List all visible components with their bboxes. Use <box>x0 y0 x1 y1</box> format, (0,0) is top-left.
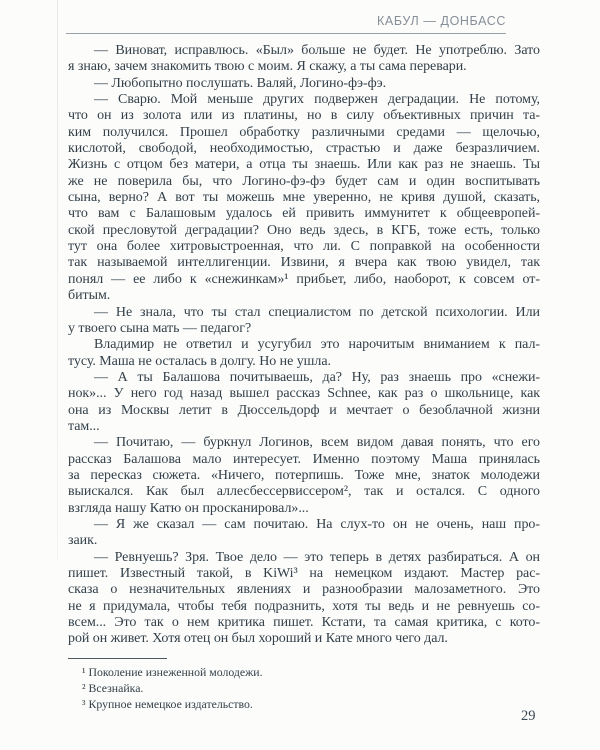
text-line: заик. <box>68 533 540 549</box>
text-line: она из Москвы летит в Дюссельдорф и мечт… <box>68 403 540 419</box>
text-line: у твоего сына мать — педагог? <box>68 321 540 337</box>
text-line: Жизнь с отцом без матери, а отца ты знае… <box>68 157 540 173</box>
book-page: КАБУЛ — ДОНБАСС — Виноват, исправлюсь. «… <box>0 0 600 750</box>
text-line: сказа о незначительных явлениях и разноо… <box>68 582 540 598</box>
text-line: — Я же сказал — сам почитаю. На слух-то … <box>68 517 540 533</box>
text-line: ской пресловутой деградации? Оно ведь зд… <box>68 223 540 239</box>
text-line: что он из золота или из платины, но в си… <box>68 108 540 124</box>
text-line: за пересказ сюжета. «Ничего, потерпишь. … <box>68 468 540 484</box>
footnote-divider <box>68 658 167 659</box>
text-line: взгляда нашу Катю он просканировал»... <box>68 501 540 517</box>
text-line: же не поверила бы, что Логино-фэ-фэ буде… <box>68 174 540 190</box>
text-line: — Почитаю, — буркнул Логинов, всем видом… <box>68 435 540 451</box>
text-line: рассказ Балашова мало интересует. Именно… <box>68 452 540 468</box>
text-line: понял — ее либо к «снежинкам»¹ прибьет, … <box>68 272 540 288</box>
body-text: — Виноват, исправлюсь. «Был» больше не б… <box>68 43 540 648</box>
text-line: так называемой интеллигенции. Извини, я … <box>68 255 540 271</box>
text-line: сына, верно? А вот ты можешь мне уверенн… <box>68 190 540 206</box>
text-line: — Не знала, что ты стал специалистом по … <box>68 305 540 321</box>
text-line: — Виноват, исправлюсь. «Был» больше не б… <box>68 43 540 59</box>
text-line: нок»... У него год назад вышел рассказ S… <box>68 386 540 402</box>
text-line: — Ревнуешь? Зря. Твое дело — это теперь … <box>68 550 540 566</box>
text-line: всем... Это так о нем критика пишет. Кст… <box>68 615 540 631</box>
running-header-title: КАБУЛ — ДОНБАСС <box>377 14 506 28</box>
footnote-item: ² Всезнайка. <box>68 680 540 696</box>
text-line: пишет. Известный такой, в KiWi³ на немец… <box>68 566 540 582</box>
footnote-item: ³ Крупное немецкое издательство. <box>68 696 540 712</box>
text-line: не я придумала, чтобы тебя подразнить, х… <box>68 599 540 615</box>
text-line: выискался. Как был аллесбессервиссером²,… <box>68 484 540 500</box>
text-line: я знаю, зачем знакомить твою с моим. Я с… <box>68 59 540 75</box>
text-line: рой он живет. Хотя отец он был хороший и… <box>68 631 540 647</box>
page-number: 29 <box>521 708 536 725</box>
running-header: КАБУЛ — ДОНБАСС <box>66 14 506 34</box>
footnotes: ¹ Поколение изнеженной молодежи.² Всезна… <box>68 664 540 712</box>
page-edge-shadow <box>57 0 58 560</box>
text-line: кислотой, свободой, необходимостью, стра… <box>68 141 540 157</box>
text-line: — А ты Балашова почитываешь, да? Ну, раз… <box>68 370 540 386</box>
text-line: битым. <box>68 288 540 304</box>
footnote-item: ¹ Поколение изнеженной молодежи. <box>68 664 540 680</box>
text-line: — Сварю. Мой меньше других подвержен дег… <box>68 92 540 108</box>
text-line: Владимир не ответил и усугубил это нароч… <box>68 337 540 353</box>
text-line: ким получился. Прошел обработку различны… <box>68 125 540 141</box>
text-line: тут она более хитровыстроенная, что ли. … <box>68 239 540 255</box>
text-line: тусу. Маша не осталась в долгу. Но не уш… <box>68 354 540 370</box>
text-line: что вам с Балашовым удалось ей привить и… <box>68 206 540 222</box>
text-line: — Любопытно послушать. Валяй, Логино-фэ-… <box>68 76 540 92</box>
text-line: там... <box>68 419 540 435</box>
